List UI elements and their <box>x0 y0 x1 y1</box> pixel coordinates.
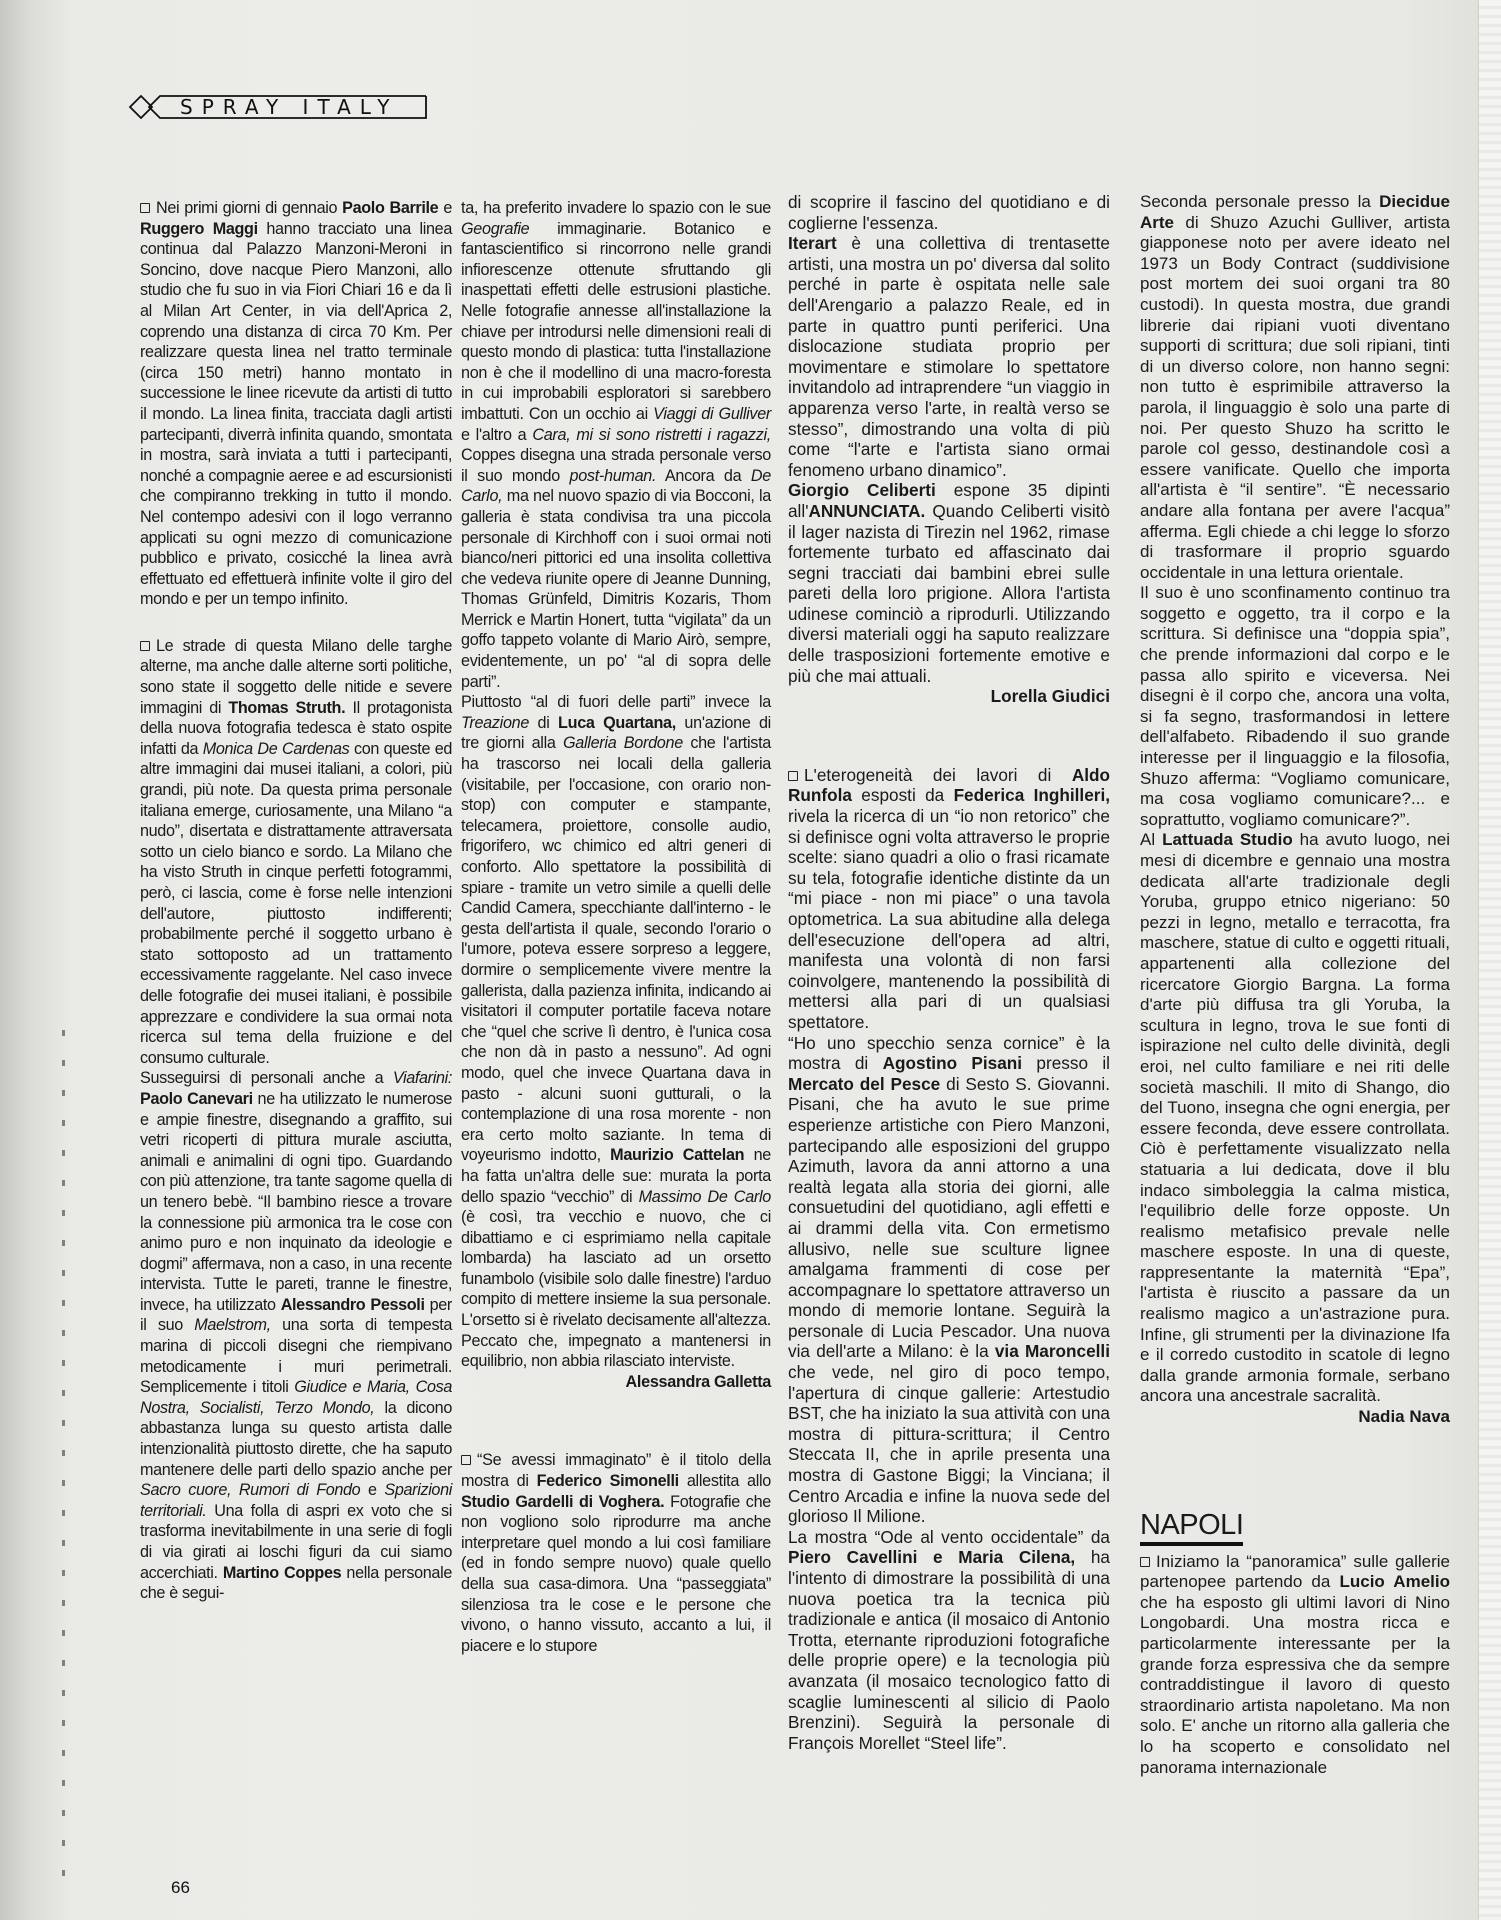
square-bullet-icon <box>788 771 798 781</box>
text-run: ne ha utilizzato le numerose e ampie fin… <box>140 1090 452 1314</box>
article-paragraph: Giorgio Celiberti espone 35 dipinti all'… <box>788 480 1110 686</box>
article-paragraph: di scoprire il fascino del quotidiano e … <box>788 192 1110 233</box>
paragraph-spacer <box>788 707 1110 765</box>
text-run: ha l'intento di dimostrare la possibilit… <box>788 1547 1110 1752</box>
italic-title: Monica De Cardenas <box>203 740 350 758</box>
bold-name: Ruggero Maggi <box>140 220 258 238</box>
news-item-paragraph: L'eterogeneità dei lavori di Aldo Runfol… <box>788 765 1110 1033</box>
italic-title: Geografie <box>461 220 529 238</box>
text-run: ha avuto luogo, nei mesi di dicembre e g… <box>1140 830 1450 1405</box>
section-header: SPRAY ITALY <box>128 94 428 120</box>
article-paragraph: Susseguirsi di personali anche a Viafari… <box>140 1068 452 1603</box>
text-run: ma nel nuovo spazio di via Bocconi, la g… <box>461 487 771 690</box>
article-column-3: di scoprire il fascino del quotidiano e … <box>788 192 1110 1753</box>
page-binding-shadow <box>0 0 70 1920</box>
author-signature: Nadia Nava <box>1140 1407 1450 1428</box>
section-label: SPRAY ITALY <box>180 94 399 120</box>
text-run: Fotografie che non vogliono solo riprodu… <box>461 1493 771 1655</box>
bold-name: via Maroncelli <box>995 1341 1110 1361</box>
article-column-1: Nei primi giorni di gennaio Paolo Barril… <box>140 198 452 1604</box>
text-run: e <box>360 1481 384 1499</box>
text-run: di Shuzo Azuchi Gulliver, artista giappo… <box>1140 213 1450 582</box>
square-bullet-icon <box>1140 1557 1150 1567</box>
text-run: di scoprire il fascino del quotidiano e … <box>788 192 1110 233</box>
text-run: Ancora da <box>656 467 751 485</box>
paragraph-spacer <box>140 610 452 636</box>
text-run: e <box>438 199 452 217</box>
news-item-paragraph: Iniziamo la “panoramica” sulle gallerie … <box>1140 1552 1450 1779</box>
article-column-2: ta, ha preferito invadere lo spazio con … <box>461 198 771 1656</box>
text-run: (è così, tra vecchio e nuovo, che ci dib… <box>461 1208 771 1370</box>
square-bullet-icon <box>461 1455 471 1465</box>
text-run: rivela la ricerca di un “io non retorico… <box>788 806 1110 1032</box>
article-paragraph: Iterart è una collettiva di trentasette … <box>788 233 1110 480</box>
bold-name: Piero Cavellini e Maria Cilena, <box>788 1547 1075 1567</box>
text-run: L'eterogeneità dei lavori di <box>804 765 1072 785</box>
italic-title: Viafarini: <box>393 1069 452 1087</box>
italic-title: Sacro cuore, Rumori di Fondo <box>140 1481 360 1499</box>
text-run: presso il <box>1022 1053 1110 1073</box>
square-bullet-icon <box>140 641 150 651</box>
text-run: ta, ha preferito invadere lo spazio con … <box>461 199 771 217</box>
bold-name: Federico Simonelli <box>537 1472 679 1490</box>
city-section-heading: NAPOLI <box>1140 1508 1243 1546</box>
bold-name: Luca Quartana, <box>558 714 676 732</box>
bold-name: Paolo Barrile <box>342 199 438 217</box>
paragraph-spacer <box>461 1392 771 1450</box>
news-item-paragraph: “Se avessi immaginato” è il titolo della… <box>461 1450 771 1656</box>
text-run: è una collettiva di trentasette artisti,… <box>788 233 1110 480</box>
text-run: di Sesto S. Giovanni. Pisani, che ha avu… <box>788 1074 1110 1362</box>
next-page-edge <box>1478 0 1501 1920</box>
text-run: Susseguirsi di personali anche a <box>140 1069 393 1087</box>
bold-name: Giorgio Celiberti <box>788 480 936 500</box>
page-number: 66 <box>171 1878 190 1898</box>
text-run: con queste ed altre immagini dai musei i… <box>140 740 452 1067</box>
text-run: esposti da <box>852 785 954 805</box>
italic-title: Viaggi di Gulliver <box>653 405 771 423</box>
text-run: Il suo è uno sconfinamento continuo tra … <box>1140 583 1450 829</box>
square-bullet-icon <box>140 203 150 213</box>
italic-title: Massimo De Carlo <box>639 1188 771 1206</box>
italic-title: Maelstrom, <box>194 1316 271 1334</box>
bold-name: Alessandro Pessoli <box>281 1296 425 1314</box>
text-run: Nei primi giorni di gennaio <box>156 199 342 217</box>
text-run: La mostra “Ode al vento occidentale” da <box>788 1527 1110 1547</box>
bold-name: Agostino Pisani <box>883 1053 1022 1073</box>
text-run: immaginarie. Botanico e fantascientifico… <box>461 220 771 423</box>
text-run: che l'artista ha trascorso nei locali de… <box>461 734 771 1164</box>
text-run: Piuttosto “al di fuori delle parti” inve… <box>461 693 771 711</box>
paragraph-spacer <box>1140 1428 1450 1508</box>
news-item-paragraph: Nei primi giorni di gennaio Paolo Barril… <box>140 198 452 610</box>
bold-name: Thomas Struth. <box>228 699 345 717</box>
bold-name: ANNUNCIATA. <box>808 501 925 521</box>
author-signature: Lorella Giudici <box>788 686 1110 707</box>
text-run: hanno tracciato una linea continua dal P… <box>140 220 452 609</box>
text-run: Quando Celiberti visitò il lager nazista… <box>788 501 1110 686</box>
binding-stitches <box>62 1030 65 1900</box>
text-run: che vede, nel giro di poco tempo, l'aper… <box>788 1362 1110 1526</box>
bold-name: Iterart <box>788 233 837 253</box>
article-column-4: Seconda personale presso la Diecidue Art… <box>1140 192 1450 1778</box>
italic-title: Galleria Bordone <box>563 734 683 752</box>
text-run: allestita allo <box>679 1472 771 1490</box>
italic-title: Cara, mi si sono ristretti i ragazzi, <box>532 426 771 444</box>
bold-name: Studio Gardelli di Voghera. <box>461 1493 664 1511</box>
italic-title: post-human. <box>570 467 657 485</box>
article-paragraph: Il suo è uno sconfinamento continuo tra … <box>1140 583 1450 830</box>
article-paragraph: Al Lattuada Studio ha avuto luogo, nei m… <box>1140 830 1450 1407</box>
article-paragraph: ta, ha preferito invadere lo spazio con … <box>461 198 771 692</box>
bold-name: Lucio Amelio <box>1339 1572 1450 1591</box>
bold-name: Martino Coppes <box>223 1564 341 1582</box>
bold-name: Paolo Canevari <box>140 1090 253 1108</box>
text-run: di <box>529 714 558 732</box>
article-paragraph: Piuttosto “al di fuori delle parti” inve… <box>461 692 771 1372</box>
text-run: Al <box>1140 830 1162 849</box>
bold-name: Mercato del Pesce <box>788 1074 940 1094</box>
article-paragraph: “Ho uno specchio senza cornice” è la mos… <box>788 1033 1110 1527</box>
author-signature: Alessandra Galletta <box>461 1372 771 1393</box>
article-paragraph: Seconda personale presso la Diecidue Art… <box>1140 192 1450 583</box>
italic-title: Treazione <box>461 714 529 732</box>
article-paragraph: La mostra “Ode al vento occidentale” da … <box>788 1527 1110 1754</box>
text-run: e l'altro a <box>461 426 532 444</box>
text-run: che ha esposto gli ultimi lavori di Nino… <box>1140 1593 1450 1777</box>
text-run: Seconda personale presso la <box>1140 192 1379 211</box>
bold-name: Lattuada Studio <box>1162 830 1293 849</box>
news-item-paragraph: Le strade di questa Milano delle targhe … <box>140 636 452 1068</box>
bold-name: Maurizio Cattelan <box>610 1146 744 1164</box>
bold-name: Federica Inghilleri, <box>954 785 1110 805</box>
